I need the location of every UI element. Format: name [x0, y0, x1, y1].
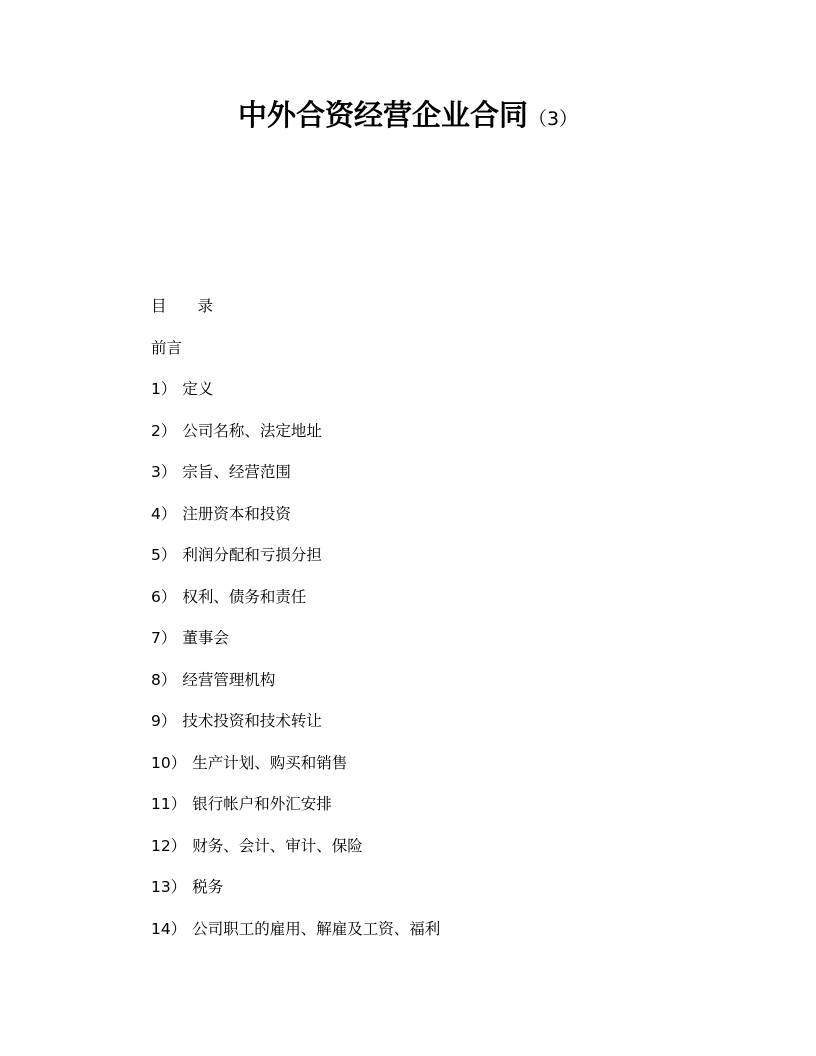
toc-item-number: 4） — [151, 494, 176, 536]
toc-item: 5）利润分配和亏损分担 — [151, 535, 440, 577]
toc-item: 7）董事会 — [151, 618, 440, 660]
toc-item-number: 2） — [151, 411, 176, 453]
toc-item: 11）银行帐户和外汇安排 — [151, 784, 440, 826]
table-of-contents: 目 录 前言 1）定义 2）公司名称、法定地址 3）宗旨、经营范围 4）注册资本… — [151, 286, 440, 950]
toc-item: 13）税务 — [151, 867, 440, 909]
toc-item-label: 宗旨、经营范围 — [182, 463, 291, 481]
toc-preface: 前言 — [151, 328, 440, 370]
toc-item-label: 税务 — [192, 878, 223, 896]
toc-item: 6）权利、债务和责任 — [151, 577, 440, 619]
toc-item-number: 3） — [151, 452, 176, 494]
toc-item-label: 银行帐户和外汇安排 — [192, 795, 332, 813]
toc-item-label: 技术投资和技术转让 — [182, 712, 322, 730]
toc-item-label: 利润分配和亏损分担 — [182, 546, 322, 564]
toc-item-number: 14） — [151, 909, 186, 951]
toc-item-number: 7） — [151, 618, 176, 660]
toc-item-label: 财务、会计、审计、保险 — [192, 837, 363, 855]
toc-item-label: 经营管理机构 — [182, 671, 275, 689]
toc-item: 8）经营管理机构 — [151, 660, 440, 702]
toc-item: 3）宗旨、经营范围 — [151, 452, 440, 494]
document-title-suffix: （3） — [528, 108, 578, 130]
toc-item-number: 12） — [151, 826, 186, 868]
toc-item-number: 8） — [151, 660, 176, 702]
toc-item: 4）注册资本和投资 — [151, 494, 440, 536]
toc-item-number: 13） — [151, 867, 186, 909]
toc-item: 10）生产计划、购买和销售 — [151, 743, 440, 785]
toc-item-label: 公司职工的雇用、解雇及工资、福利 — [192, 920, 440, 938]
toc-item-number: 6） — [151, 577, 176, 619]
toc-item-label: 公司名称、法定地址 — [182, 422, 322, 440]
document-page: 中外合资经营企业合同（3） 目 录 前言 1）定义 2）公司名称、法定地址 3）… — [0, 0, 816, 1056]
toc-item-label: 生产计划、购买和销售 — [192, 754, 347, 772]
toc-item-number: 5） — [151, 535, 176, 577]
toc-item: 9）技术投资和技术转让 — [151, 701, 440, 743]
toc-item-number: 11） — [151, 784, 186, 826]
toc-heading: 目 录 — [151, 286, 440, 328]
document-title: 中外合资经营企业合同（3） — [0, 98, 816, 133]
toc-item: 14）公司职工的雇用、解雇及工资、福利 — [151, 909, 440, 951]
toc-item-number: 9） — [151, 701, 176, 743]
toc-item: 12）财务、会计、审计、保险 — [151, 826, 440, 868]
toc-item-label: 注册资本和投资 — [182, 505, 291, 523]
toc-item-label: 权利、债务和责任 — [182, 588, 306, 606]
toc-item: 2）公司名称、法定地址 — [151, 411, 440, 453]
toc-item-label: 定义 — [182, 380, 213, 398]
toc-item-label: 董事会 — [182, 629, 229, 647]
toc-item-number: 1） — [151, 369, 176, 411]
toc-item: 1）定义 — [151, 369, 440, 411]
toc-item-number: 10） — [151, 743, 186, 785]
document-title-text: 中外合资经营企业合同 — [238, 98, 528, 132]
